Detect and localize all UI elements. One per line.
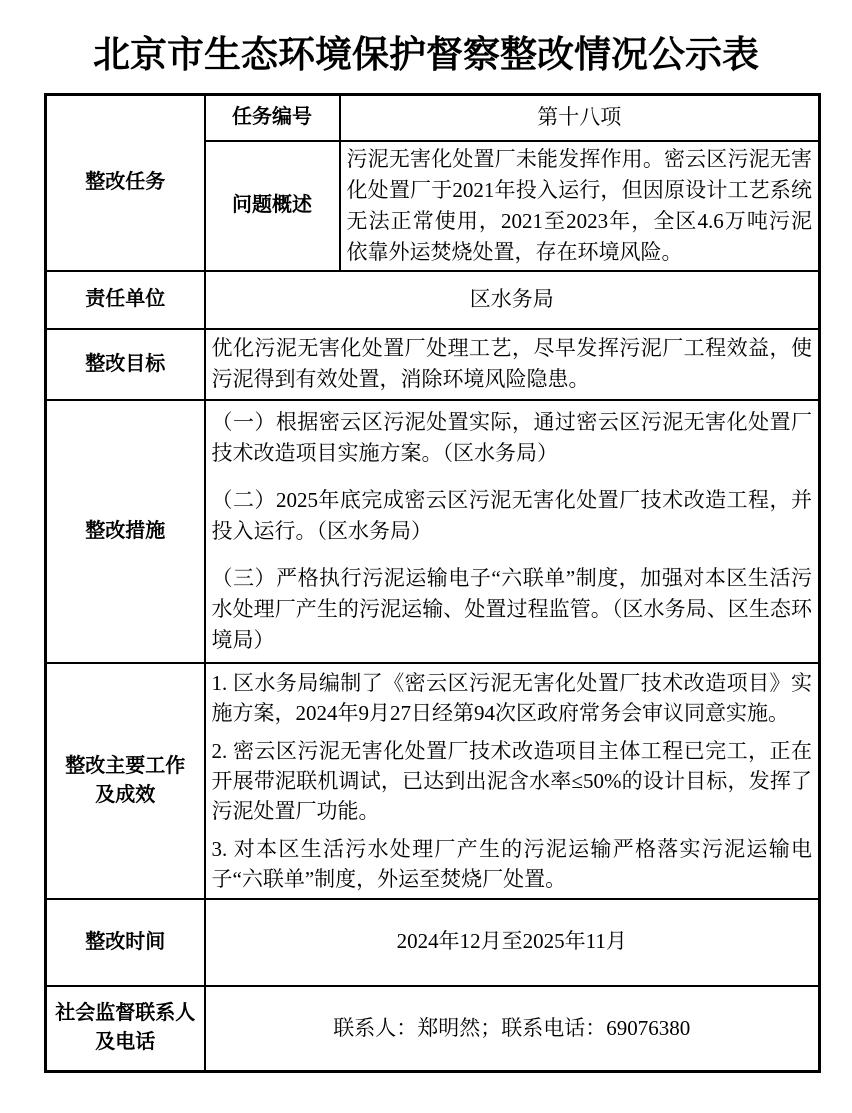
problem-summary-label: 问题概述 xyxy=(205,141,340,271)
responsible-unit-value: 区水务局 xyxy=(205,271,820,329)
measure-paragraph-1: （一）根据密云区污泥处置实际，通过密云区污泥无害化处置厂技术改造项目实施方案。（… xyxy=(212,407,813,469)
task-number-value: 第十八项 xyxy=(340,95,820,141)
table-row-contact: 社会监督联系人 及电话 联系人：郑明然；联系电话：69076380 xyxy=(46,986,820,1072)
document-title: 北京市生态环境保护督察整改情况公示表 xyxy=(0,24,852,78)
table-row-task-number: 整改任务 任务编号 第十八项 xyxy=(46,95,820,141)
measure-paragraph-2: （二）2025年底完成密云区污泥无害化处置厂技术改造工程，并投入运行。（区水务局… xyxy=(212,485,813,547)
problem-summary-value: 污泥无害化处置厂未能发挥作用。密云区污泥无害化处置厂于2021年投入运行，但因原… xyxy=(340,141,820,271)
measures-value: （一）根据密云区污泥处置实际，通过密云区污泥无害化处置厂技术改造项目实施方案。（… xyxy=(205,400,820,663)
progress-paragraph-2: 2. 密云区污泥无害化处置厂技术改造项目主体工程已完工，正在开展带泥联机调试，已… xyxy=(212,736,813,826)
table-row-responsible-unit: 责任单位 区水务局 xyxy=(46,271,820,329)
table-row-progress: 整改主要工作 及成效 1. 区水务局编制了《密云区污泥无害化处置厂技术改造项目》… xyxy=(46,663,820,899)
table-row-time: 整改时间 2024年12月至2025年11月 xyxy=(46,899,820,986)
rectification-notice-table: 整改任务 任务编号 第十八项 问题概述 污泥无害化处置厂未能发挥作用。密云区污泥… xyxy=(44,93,821,1073)
contact-value: 联系人：郑明然；联系电话：69076380 xyxy=(205,986,820,1072)
progress-value: 1. 区水务局编制了《密云区污泥无害化处置厂技术改造项目》实施方案，2024年9… xyxy=(205,663,820,899)
task-number-label: 任务编号 xyxy=(205,95,340,141)
progress-paragraph-1: 1. 区水务局编制了《密云区污泥无害化处置厂技术改造项目》实施方案，2024年9… xyxy=(212,668,813,728)
document-page: 北京市生态环境保护督察整改情况公示表 整改任务 任务编号 第十八项 问题概述 污… xyxy=(0,0,852,1113)
contact-label: 社会监督联系人 及电话 xyxy=(46,986,205,1072)
measure-paragraph-3: （三）严格执行污泥运输电子“六联单”制度，加强对本区生活污水处理厂产生的污泥运输… xyxy=(212,563,813,656)
goal-value: 优化污泥无害化处置厂处理工艺，尽早发挥污泥厂工程效益，使污泥得到有效处置，消除环… xyxy=(205,329,820,400)
measures-label: 整改措施 xyxy=(46,400,205,663)
goal-label: 整改目标 xyxy=(46,329,205,400)
table-row-goal: 整改目标 优化污泥无害化处置厂处理工艺，尽早发挥污泥厂工程效益，使污泥得到有效处… xyxy=(46,329,820,400)
progress-paragraph-3: 3. 对本区生活污水处理厂产生的污泥运输严格落实污泥运输电子“六联单”制度，外运… xyxy=(212,834,813,894)
time-label: 整改时间 xyxy=(46,899,205,986)
progress-label: 整改主要工作 及成效 xyxy=(46,663,205,899)
time-value: 2024年12月至2025年11月 xyxy=(205,899,820,986)
task-row-label: 整改任务 xyxy=(46,95,205,271)
responsible-unit-label: 责任单位 xyxy=(46,271,205,329)
table-row-measures: 整改措施 （一）根据密云区污泥处置实际，通过密云区污泥无害化处置厂技术改造项目实… xyxy=(46,400,820,663)
